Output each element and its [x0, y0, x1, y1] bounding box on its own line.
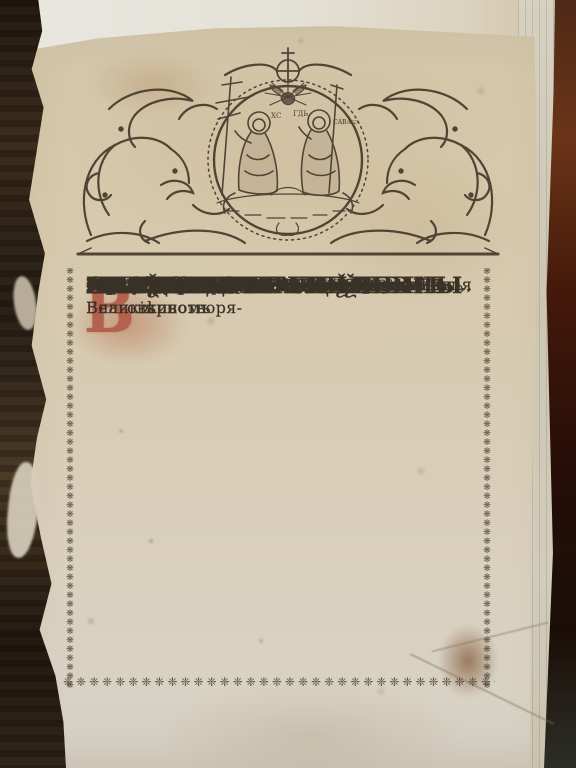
- cross-orb-icon: [277, 48, 299, 82]
- inscription-gd: ГДЬ: [293, 110, 308, 118]
- ornament-border-right: ❋ ❋ ❋ ❋ ❋ ❋ ❋ ❋ ❋ ❋ ❋ ❋ ❋ ❋ ❋ ❋ ❋ ❋ ❋ ❋ …: [479, 268, 495, 694]
- ornament-border-bottom: ❈❈❈❈❈❈❈❈❈❈❈❈❈❈❈❈❈❈❈❈❈❈❈❈❈❈❈❈❈❈❈❈❈❈: [63, 674, 495, 692]
- book-photo: ХС ГДЬ САВАѠ ❋ ❋ ❋ ❋ ❋ ❋ ❋ ❋ ❋ ❋ ❋ ❋ ❋ ❋…: [0, 0, 576, 768]
- text-segment: при Благовѣрномъ Гдрѣ Великомъ Кнзѣ: [86, 273, 395, 294]
- inscription-savao: САВАѠ: [333, 119, 358, 126]
- medallion-ground: [217, 188, 359, 236]
- ornament-border-left: ❋ ❋ ❋ ❋ ❋ ❋ ❋ ❋ ❋ ❋ ❋ ❋ ❋ ❋ ❋ ❋ ❋ ❋ ❋ ❋ …: [62, 268, 78, 694]
- figure-christ: [216, 77, 277, 213]
- headpiece-engraving: ХС ГДЬ САВАѠ: [75, 45, 501, 265]
- inscription-xc: ХС: [271, 112, 281, 120]
